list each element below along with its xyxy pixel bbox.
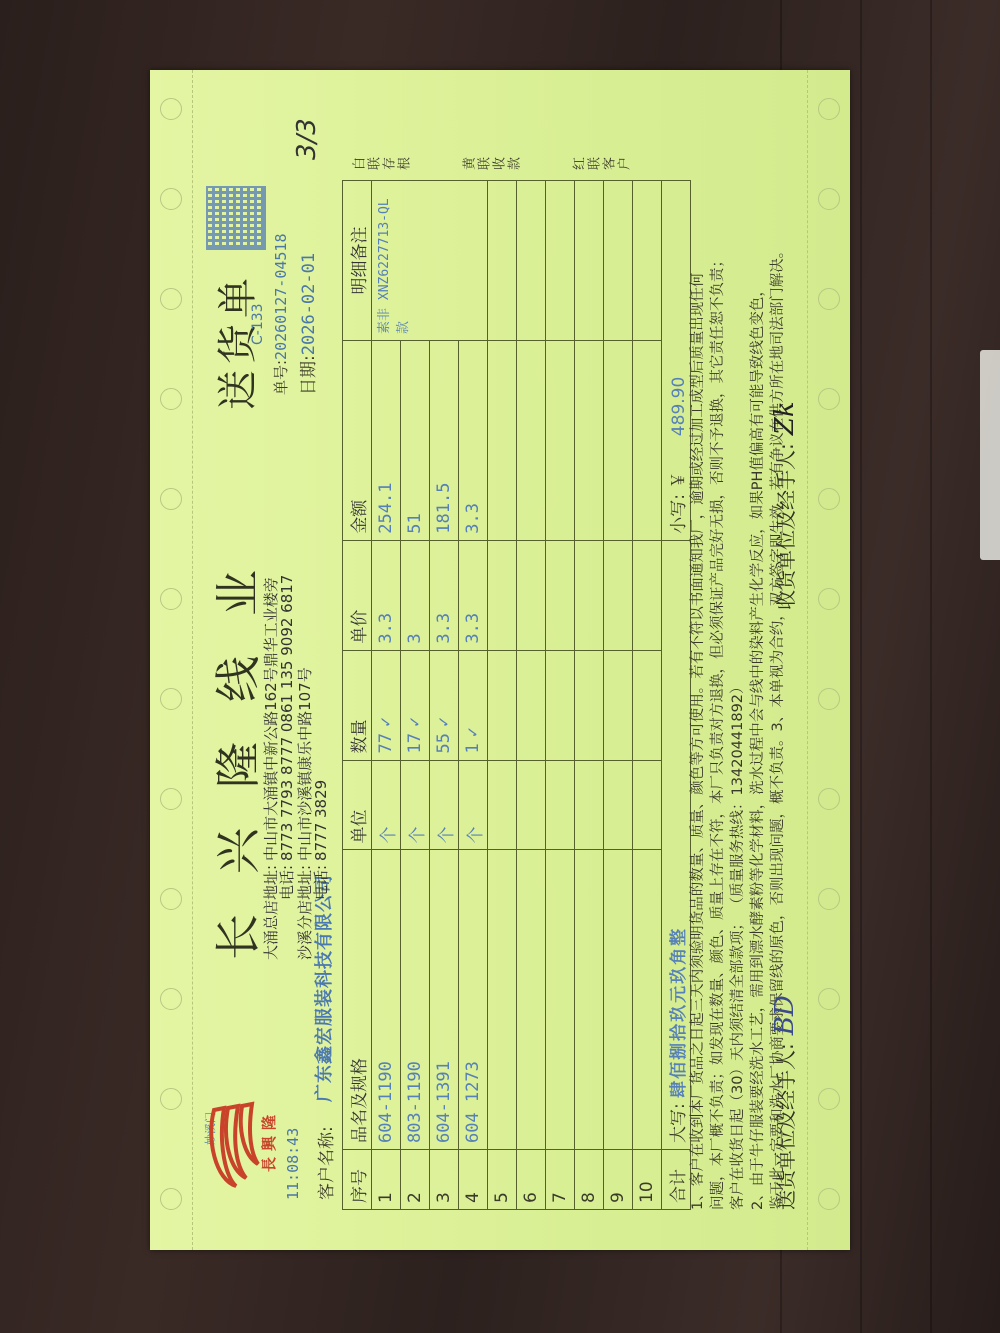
total-small-label: 小写: ￥ xyxy=(669,472,689,534)
order-code: C-133 xyxy=(250,303,266,345)
copy-label-red: 红联客户 xyxy=(572,156,632,175)
delivery-note: 妙溪门 長興隆 11:08:43 客户名称: 广东鑫宏服装科技有限公司 长兴隆线… xyxy=(150,70,850,1250)
table-row: 9 xyxy=(604,181,633,1210)
table-row: 10 xyxy=(633,181,662,1210)
order-date: 日期:2026-02-01 xyxy=(294,253,319,395)
sender-signature-field: 送货单位及经手人:BD xyxy=(770,995,800,1210)
print-time: 11:08:43 xyxy=(284,1128,302,1200)
table-row: 6 xyxy=(517,181,546,1210)
table-header-row: 序号 品名及规格 单位 数量 单价 金额 明细备注 xyxy=(343,181,372,1210)
customer-label: 客户名称: xyxy=(312,1126,337,1200)
branch-phone: 电话:8777 3829 xyxy=(310,780,331,900)
items-table: 序号 品名及规格 单位 数量 单价 金额 明细备注 1 604-1190 个 7 xyxy=(342,180,691,1210)
company-title: 长兴隆线业 xyxy=(202,530,268,960)
col-header-amount: 金额 xyxy=(343,340,372,540)
adjacent-paper-edge xyxy=(980,350,1000,560)
col-header-unit: 单位 xyxy=(343,760,372,850)
col-header-note: 明细备注 xyxy=(343,181,372,341)
qr-code-icon xyxy=(206,186,266,250)
table-row: 8 xyxy=(575,181,604,1210)
total-row: 合计 大写: 肆佰捌拾玖元玖角整 小写: ￥ 489.90 xyxy=(662,181,691,1210)
total-small-value: 489.90 xyxy=(669,377,689,436)
perforation-strip-top xyxy=(150,70,193,1250)
table-row: 7 xyxy=(546,181,575,1210)
logo-brand-text: 長興隆 xyxy=(258,1109,279,1172)
checkmark-icon: ✓ xyxy=(434,717,454,727)
checkmark-icon: ✓ xyxy=(463,727,483,737)
receiver-signature-field: 收货单位及经手人:Zk xyxy=(770,401,800,610)
swoosh-logo-icon xyxy=(206,1090,266,1200)
table-row: 1 604-1190 个 77✓ 3.3 254.1 素非 XNZ6227713… xyxy=(372,181,401,1210)
col-header-no: 序号 xyxy=(343,1150,372,1210)
note-stamp: 素非 XNZ6227713-QL 款 xyxy=(372,181,488,341)
col-header-qty: 数量 xyxy=(343,650,372,760)
perforation-strip-bottom xyxy=(807,70,850,1250)
total-label: 合计 xyxy=(662,1150,691,1210)
handwritten-page-mark: 3/3 xyxy=(292,118,322,160)
checkmark-icon: ✓ xyxy=(376,717,396,727)
total-big-label: 大写: xyxy=(669,1103,689,1143)
col-header-price: 单价 xyxy=(343,540,372,650)
col-header-name: 品名及规格 xyxy=(343,850,372,1150)
total-big-value: 肆佰捌拾玖元玖角整 xyxy=(669,927,689,1098)
copy-label-white: 白联存根 xyxy=(352,156,412,175)
company-logo: 妙溪门 長興隆 xyxy=(202,1090,282,1200)
checkmark-icon: ✓ xyxy=(405,717,425,727)
order-number: 单号:20260127-04518 xyxy=(270,234,291,396)
table-row: 5 xyxy=(488,181,517,1210)
copy-label-yellow: 黄联收款 xyxy=(462,156,522,175)
